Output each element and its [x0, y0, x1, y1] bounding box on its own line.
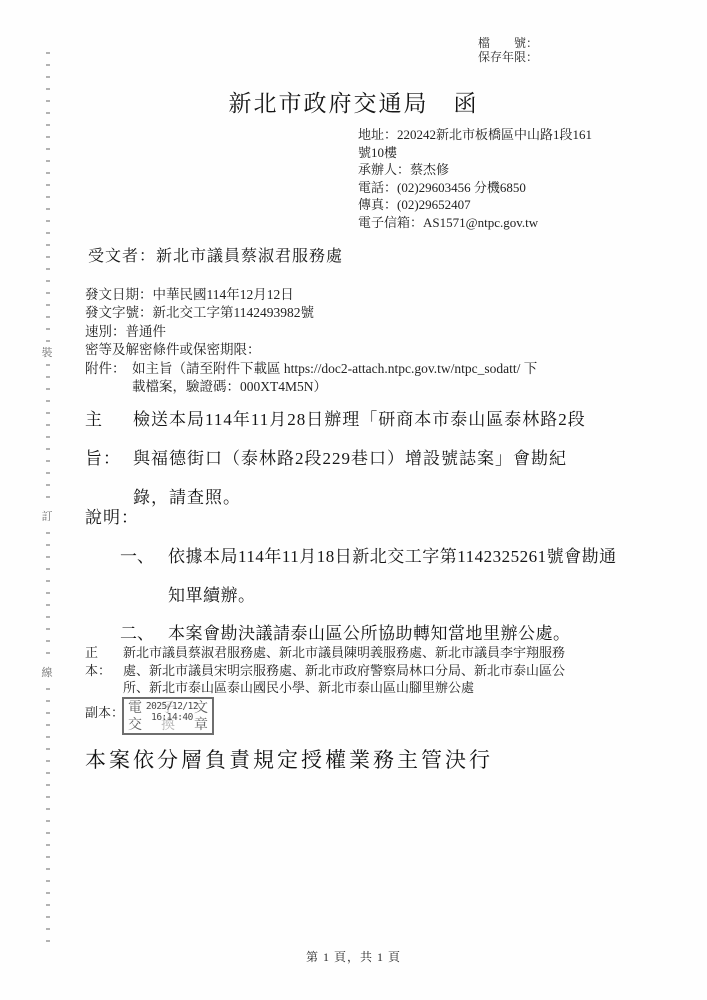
sender-address-line2: 號10樓: [358, 144, 592, 162]
attachment-label: 附件：: [85, 360, 132, 397]
binding-mark-xian: 線: [38, 662, 56, 682]
subject-line1: 檢送本局114年11月28日辦理「研商本市泰山區泰林路2段: [133, 400, 586, 439]
attachment-line2: 載檔案，驗證碼：000XT4M5N）: [132, 378, 537, 396]
explanation-item-1: 一、 依據本局114年11月18日新北交工字第1142325261號會勘通 知單…: [120, 538, 617, 615]
archive-labels: 檔 號： 保存年限：: [478, 36, 538, 64]
subject-line2: 與福德街口（泰林路2段229巷口）增設號誌案」會勘紀: [133, 439, 586, 478]
scanned-official-letter-page: 裝 訂 線 檔 號： 保存年限： 新北市政府交通局 函 地址：220242新北市…: [0, 0, 707, 1000]
issue-number-line: 發文字號：新北交工字第1142493982號: [85, 304, 537, 322]
stamp-time: 16:14:40: [130, 713, 214, 724]
sender-fax: 傳真：(02)29652407: [358, 196, 592, 214]
explanation-heading: 說明：: [85, 503, 139, 528]
original-recipients-line1: 新北市議員蔡淑君服務處、新北市議員陳明義服務處、新北市議員李宇翔服務: [123, 644, 565, 662]
original-recipients-line2: 處、新北市議員宋明宗服務處、新北市政府警察局林口分局、新北市泰山區公: [123, 662, 565, 680]
subject-line3: 錄，請查照。: [133, 478, 586, 517]
explanation-item-1-text: 依據本局114年11月18日新北交工字第1142325261號會勘通 知單續辦。: [168, 538, 617, 615]
attachment-row: 附件： 如主旨（請至附件下載區 https://doc2-attach.ntpc…: [85, 360, 537, 397]
retention-period-label: 保存年限：: [478, 50, 538, 64]
authorization-statement: 本案依分層負責規定授權業務主管決行: [85, 744, 493, 774]
original-label: 正本：: [85, 644, 123, 697]
original-recipients-text: 新北市議員蔡淑君服務處、新北市議員陳明義服務處、新北市議員李宇翔服務 處、新北市…: [123, 644, 565, 697]
explanation-item-1-line1: 依據本局114年11月18日新北交工字第1142325261號會勘通: [168, 538, 617, 577]
sender-phone: 電話：(02)29603456 分機6850: [358, 179, 592, 197]
recipient-line: 受文者：新北市議員蔡淑君服務處: [88, 243, 343, 266]
subject-block: 主旨： 檢送本局114年11月28日辦理「研商本市泰山區泰林路2段 與福德街口（…: [85, 400, 586, 517]
explanation-items: 一、 依據本局114年11月18日新北交工字第1142325261號會勘通 知單…: [120, 538, 617, 654]
subject-label: 主旨：: [85, 400, 133, 517]
sender-address-line1: 地址：220242新北市板橋區中山路1段161: [358, 126, 592, 144]
issue-date-line: 發文日期：中華民國114年12月12日: [85, 286, 537, 304]
cc-label: 副本：: [85, 702, 124, 721]
sender-email: 電子信箱：AS1571@ntpc.gov.tw: [358, 214, 592, 232]
subject-text: 檢送本局114年11月28日辦理「研商本市泰山區泰林路2段 與福德街口（泰林路2…: [133, 400, 586, 517]
explanation-item-1-line2: 知單續辦。: [168, 577, 617, 616]
original-recipients-block: 正本： 新北市議員蔡淑君服務處、新北市議員陳明義服務處、新北市議員李宇翔服務 處…: [85, 644, 565, 697]
speed-class-line: 速別：普通件: [85, 323, 537, 341]
stamp-date: 2025/12/12: [130, 702, 214, 713]
confidentiality-line: 密等及解密條件或保密期限：: [85, 341, 537, 359]
file-number-label: 檔 號：: [478, 36, 538, 50]
original-recipients-line3: 所、新北市泰山區泰山國民小學、新北市泰山區山腳里辦公處: [123, 679, 565, 697]
page-number-footer: 第 1 頁，共 1 頁: [0, 948, 707, 965]
binding-dotted-line: [46, 52, 50, 945]
attachment-text: 如主旨（請至附件下載區 https://doc2-attach.ntpc.gov…: [132, 360, 537, 397]
sender-contact-block: 地址：220242新北市板橋區中山路1段161 號10樓 承辦人：蔡杰修 電話：…: [358, 126, 592, 232]
binding-mark-ding: 訂: [38, 506, 56, 526]
document-meta-block: 發文日期：中華民國114年12月12日 發文字號：新北交工字第114249398…: [85, 286, 537, 396]
stamp-datetime: 2025/12/12 16:14:40: [130, 702, 214, 723]
attachment-line1: 如主旨（請至附件下載區 https://doc2-attach.ntpc.gov…: [132, 360, 537, 378]
binding-mark-zhuang: 裝: [38, 342, 56, 362]
electronic-exchange-stamp: 電 子 文 交 換 章 2025/12/12 16:14:40: [122, 697, 214, 735]
sender-contact-person: 承辦人：蔡杰修: [358, 161, 592, 179]
explanation-item-1-number: 一、: [120, 538, 168, 615]
document-title: 新北市政府交通局 函: [0, 85, 707, 118]
